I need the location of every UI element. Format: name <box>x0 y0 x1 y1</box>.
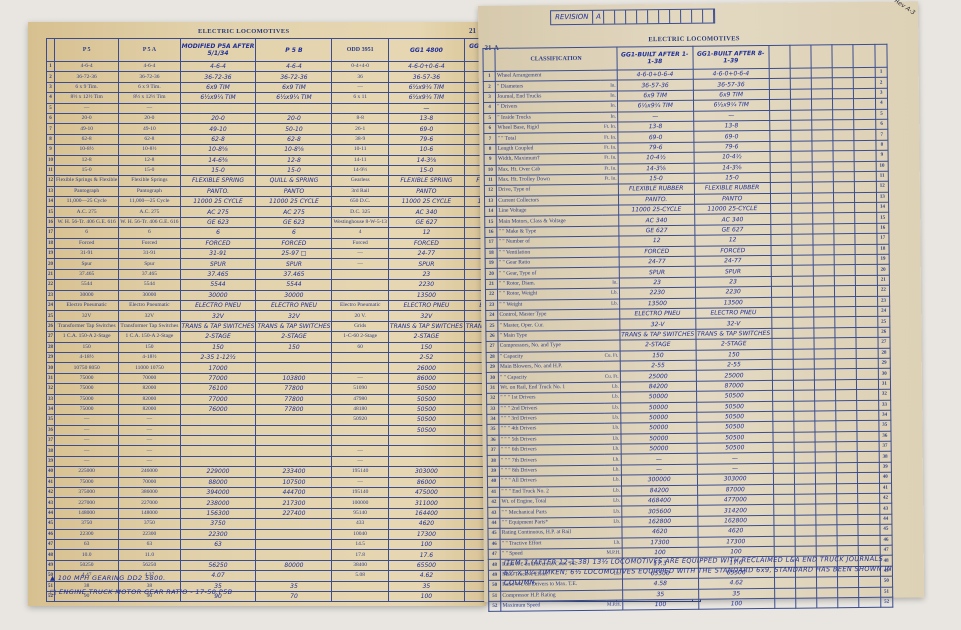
row-unit: In. <box>601 112 618 123</box>
cell: 82000 <box>119 404 180 414</box>
row-number: 15 <box>485 217 497 228</box>
row-number: 52 <box>489 601 501 612</box>
empty-cell <box>773 484 794 495</box>
cell: Pantograph <box>55 186 119 196</box>
cell: 100 <box>388 591 464 601</box>
cell: 30000 <box>55 290 119 300</box>
cell: 69-0 <box>388 124 464 134</box>
cell <box>180 550 256 560</box>
empty-cell <box>834 203 855 214</box>
empty-cell <box>793 328 814 339</box>
cell: 6 <box>180 228 256 238</box>
empty-cell <box>772 401 793 412</box>
empty-cell <box>794 484 815 495</box>
cell: 11,000—25 Cycle <box>119 197 180 207</box>
empty-cell <box>833 140 854 151</box>
empty-cell <box>791 203 812 214</box>
empty-cell <box>795 588 816 599</box>
row-number: 51 <box>880 587 892 598</box>
empty-cell <box>832 68 853 79</box>
cell: 5544 <box>55 280 119 290</box>
cell: 14-6⅜ <box>180 155 256 165</box>
cell <box>256 425 332 435</box>
empty-cell <box>859 535 880 546</box>
cell: 11,000—25 Cycle <box>55 197 119 207</box>
cell: 156300 <box>180 508 256 518</box>
cell: 20-0 <box>55 113 119 123</box>
row-number: 12 <box>876 182 888 193</box>
cell: 227000 <box>55 498 119 508</box>
row-unit <box>603 340 620 351</box>
empty-cell <box>833 109 854 120</box>
row-number: 16 <box>485 227 497 238</box>
cell: 62-8 <box>256 134 332 144</box>
empty-cell <box>838 587 859 598</box>
empty-cell <box>857 431 878 442</box>
cell: 6x9 TIM <box>256 82 332 92</box>
empty-cell <box>857 410 878 421</box>
cell: 77000 <box>180 394 256 404</box>
row-number: 7 <box>47 124 55 134</box>
cell: — <box>332 456 388 466</box>
row-unit <box>602 216 619 227</box>
row-unit: Ft. In. <box>601 164 618 175</box>
cell: 13-8 <box>693 120 769 131</box>
row-number: 20 <box>877 265 889 276</box>
row-number: 31 <box>878 379 890 390</box>
cell <box>256 550 332 560</box>
cell: 10040 <box>332 529 388 539</box>
empty-cell <box>834 255 855 266</box>
row-unit: Lb. <box>604 382 621 393</box>
empty-cell <box>835 265 856 276</box>
row-number: 11 <box>876 171 888 182</box>
cell: — <box>332 82 388 92</box>
spec-table-right: CLASSIFICATIONGG1-BUILT AFTER 1-1-38GG1-… <box>482 44 893 613</box>
cell: SPUR <box>180 259 256 269</box>
row-number: 39 <box>487 466 499 477</box>
empty-cell <box>833 120 854 131</box>
empty-cell <box>774 588 795 599</box>
empty-column-header <box>832 45 853 68</box>
row-number: 15 <box>876 213 888 224</box>
empty-cell <box>835 296 856 307</box>
row-number: 31 <box>486 383 498 394</box>
cell: 11000 10750 <box>119 363 180 373</box>
row-number: 38 <box>879 452 891 463</box>
left-page: ELECTRIC LOCOMOTIVES 21 P 5P 5 AMODIFIED… <box>28 22 486 606</box>
cell: 150 <box>388 342 464 352</box>
cell: 65500 <box>388 560 464 570</box>
empty-cell <box>814 317 835 328</box>
row-unit: Lb. <box>605 465 622 476</box>
empty-cell <box>855 182 876 193</box>
cell: 70 <box>256 591 332 601</box>
row-number: 5 <box>484 113 496 124</box>
empty-cell <box>816 504 837 515</box>
empty-cell <box>771 266 792 277</box>
empty-cell <box>835 348 856 359</box>
row-number: 5 <box>875 109 887 120</box>
cell: 32-V <box>620 319 696 330</box>
row-unit: In. <box>601 80 618 91</box>
cell: — <box>119 446 180 456</box>
cell: 4.62 <box>388 571 464 581</box>
empty-cell <box>794 421 815 432</box>
row-number: 49 <box>47 560 55 570</box>
empty-cell <box>795 515 816 526</box>
cell: 15-0 <box>388 165 464 175</box>
row-number: 41 <box>488 487 500 498</box>
empty-cell <box>855 234 876 245</box>
empty-cell <box>794 463 815 474</box>
empty-cell <box>792 213 813 224</box>
row-unit: Lb. <box>605 506 622 517</box>
cell: 1-C-60 2-Stage <box>332 332 388 342</box>
empty-cell <box>774 515 795 526</box>
cell: 195140 <box>332 488 388 498</box>
cell: 6½x9¼ TIM <box>617 100 693 111</box>
row-number: 28 <box>47 342 55 352</box>
empty-cell <box>858 473 879 484</box>
cell: 13500 <box>388 290 464 300</box>
row-unit: Cu. Ft. <box>604 371 621 382</box>
cell: 103800 <box>256 373 332 383</box>
cell: Flexible Springs & Flexible <box>55 176 119 186</box>
cell <box>332 103 388 113</box>
row-number: 16 <box>876 223 888 234</box>
row-number: 30 <box>486 373 498 384</box>
cell: 195140 <box>332 467 388 477</box>
row-number: 20 <box>485 269 497 280</box>
cell: — <box>332 446 388 456</box>
empty-cell <box>812 172 833 183</box>
row-unit <box>602 247 619 258</box>
cell: 86000 <box>388 373 464 383</box>
cell <box>256 571 332 581</box>
row-number: 47 <box>47 539 55 549</box>
row-number: 24 <box>486 310 498 321</box>
empty-cell <box>771 297 792 308</box>
empty-cell <box>770 141 791 152</box>
empty-cell <box>772 359 793 370</box>
empty-cell <box>794 473 815 484</box>
row-number: 17 <box>47 228 55 238</box>
cell: 8-8 <box>332 113 388 123</box>
row-number: 15 <box>47 207 55 217</box>
cell <box>332 591 388 601</box>
empty-cell <box>813 255 834 266</box>
cell: 20-0 <box>180 113 256 123</box>
row-number: 13 <box>484 196 496 207</box>
empty-cell <box>773 494 794 505</box>
cell: 37.465 <box>256 269 332 279</box>
cell: 50920 <box>332 415 388 425</box>
row-number: 35 <box>879 420 891 431</box>
cell <box>256 529 332 539</box>
empty-cell <box>856 254 877 265</box>
cell: GE 627 <box>388 217 464 227</box>
row-number: 36 <box>487 435 499 446</box>
row-unit: Lb. <box>603 299 620 310</box>
row-unit <box>603 330 620 341</box>
empty-cell <box>855 150 876 161</box>
row-number: 14 <box>485 206 497 217</box>
row-number: 24 <box>47 300 55 310</box>
cell: — <box>55 425 119 435</box>
row-number: 22 <box>877 285 889 296</box>
empty-cell <box>815 473 836 484</box>
cell: 15-0 <box>256 165 332 175</box>
empty-cell <box>855 213 876 224</box>
empty-cell <box>773 442 794 453</box>
empty-cell <box>771 318 792 329</box>
cell: 50500 <box>388 415 464 425</box>
cell: 5544 <box>256 280 332 290</box>
cell: 36-57-36 <box>388 72 464 82</box>
cell: 246000 <box>119 467 180 477</box>
row-unit <box>603 319 620 330</box>
row-number: 45 <box>880 524 892 535</box>
empty-cell <box>790 78 811 89</box>
row-number: 10 <box>47 155 55 165</box>
cell <box>256 456 332 466</box>
cell: 650 D.C. <box>332 197 388 207</box>
cell: 60 <box>332 342 388 352</box>
cell: 12-8 <box>119 155 180 165</box>
cell: 8½ x 12½ Tim <box>55 93 119 103</box>
cell: 6½x9¼ TIM <box>388 93 464 103</box>
cell <box>388 436 464 446</box>
cell: 50500 <box>388 404 464 414</box>
cell: 75000 <box>55 477 119 487</box>
cell: 13500 <box>619 298 695 309</box>
empty-cell <box>772 411 793 422</box>
empty-cell <box>795 525 816 536</box>
empty-cell <box>774 536 795 547</box>
column-header: P 5 <box>55 39 119 62</box>
cell: 49-10 <box>119 124 180 134</box>
row-number: 48 <box>47 550 55 560</box>
row-number: 34 <box>47 404 55 414</box>
empty-cell <box>814 328 835 339</box>
footnote-2: □ ENGINE TRUCK MOTOR GEAR RATIO - 17-50 … <box>50 588 232 596</box>
empty-cell <box>769 110 790 121</box>
cell: 50-10 <box>256 124 332 134</box>
cell: 22300 <box>55 529 119 539</box>
empty-cell <box>855 202 876 213</box>
cell: 11000 25 CYCLE <box>388 197 464 207</box>
column-header: MODIFIED P5A AFTER 5/1/34 <box>180 39 256 62</box>
row-unit: Lb. <box>604 434 621 445</box>
empty-cell <box>773 421 794 432</box>
empty-cell <box>791 120 812 131</box>
row-number: 37 <box>879 441 891 452</box>
row-number: 51 <box>489 591 501 602</box>
empty-cell <box>836 442 857 453</box>
cell: 50500 <box>696 411 772 422</box>
empty-cell <box>815 431 836 442</box>
cell: — <box>55 436 119 446</box>
page-number: 21 <box>469 27 476 35</box>
row-number: 43 <box>879 504 891 515</box>
empty-cell <box>770 203 791 214</box>
empty-cell <box>811 78 832 89</box>
empty-cell <box>837 525 858 536</box>
row-number: 31 <box>47 373 55 383</box>
row-unit <box>602 236 619 247</box>
empty-cell <box>792 265 813 276</box>
empty-cell <box>834 192 855 203</box>
cell: 13-8 <box>388 113 464 123</box>
cell: 4.07 <box>180 571 256 581</box>
cell: 32V <box>388 311 464 321</box>
cell: 14-3⅝ <box>388 155 464 165</box>
cell: 100 <box>698 598 774 609</box>
empty-cell <box>795 536 816 547</box>
cell: Electro Pneumatic <box>119 300 180 310</box>
cell: 14-9½ <box>332 165 388 175</box>
empty-cell <box>795 494 816 505</box>
row-unit: In. <box>601 91 618 102</box>
row-number: 38 <box>47 446 55 456</box>
row-number: 8 <box>876 140 888 151</box>
empty-cell <box>773 432 794 443</box>
empty-cell <box>795 504 816 515</box>
empty-cell <box>770 214 791 225</box>
cell: AC 275 <box>256 207 332 217</box>
cell: 50500 <box>388 425 464 435</box>
cell: 6½x9¼ TIM <box>180 93 256 103</box>
row-number: 21 <box>877 275 889 286</box>
cell <box>256 519 332 529</box>
cell <box>180 415 256 425</box>
empty-cell <box>794 400 815 411</box>
empty-cell <box>790 89 811 100</box>
empty-cell <box>773 473 794 484</box>
empty-cell <box>817 587 838 598</box>
empty-cell <box>812 151 833 162</box>
empty-cell <box>816 535 837 546</box>
empty-cell <box>856 306 877 317</box>
empty-cell <box>857 421 878 432</box>
cell: 15-0 <box>180 165 256 175</box>
cell: 5.08 <box>332 571 388 581</box>
cell: Westinghouse 8-W-5-13 <box>332 217 388 227</box>
cell: — <box>119 103 180 113</box>
empty-cell <box>769 79 790 90</box>
empty-cell <box>814 338 835 349</box>
row-number: 43 <box>488 508 500 519</box>
empty-cell <box>812 161 833 172</box>
empty-cell <box>856 327 877 338</box>
cell: 49-10 <box>180 124 256 134</box>
row-number: 40 <box>487 477 499 488</box>
cell: 2-STAGE <box>180 332 256 342</box>
footnote: ITEM-3 (AFTER 12-1-38) 13½ LOCOMOTIVES A… <box>504 554 894 588</box>
cell: 10-8⅝ <box>256 145 332 155</box>
row-number: 9 <box>876 150 888 161</box>
empty-cell <box>769 120 790 131</box>
empty-cell <box>772 370 793 381</box>
cell: 32V <box>55 311 119 321</box>
cell: 30000 <box>256 290 332 300</box>
empty-cell <box>856 265 877 276</box>
cell: — <box>119 415 180 425</box>
row-number: 13 <box>47 186 55 196</box>
empty-cell <box>837 473 858 484</box>
footnote-1: ▲ 100 MPH GEARING DD2 5800. <box>50 574 166 582</box>
cell: 79-6 <box>388 134 464 144</box>
empty-cell <box>794 411 815 422</box>
empty-cell <box>837 535 858 546</box>
empty-cell <box>836 400 857 411</box>
cell: 150 <box>180 342 256 352</box>
cell: 2230 <box>388 280 464 290</box>
row-number: 12 <box>47 176 55 186</box>
cell: 63 <box>119 539 180 549</box>
row-number: 26 <box>486 331 498 342</box>
empty-cell <box>772 338 793 349</box>
empty-cell <box>792 224 813 235</box>
row-number: 3 <box>483 92 495 103</box>
cell <box>180 425 256 435</box>
cell: 36-72-36 <box>119 72 180 82</box>
row-number: 22 <box>47 280 55 290</box>
cell <box>332 436 388 446</box>
cell: 56250 <box>119 560 180 570</box>
cell: 17.8 <box>332 550 388 560</box>
cell: 3750 <box>119 519 180 529</box>
cell <box>180 103 256 113</box>
empty-cell <box>792 297 813 308</box>
cell: — <box>332 477 388 487</box>
cell: 76000 <box>180 404 256 414</box>
empty-cell <box>817 598 838 609</box>
empty-cell <box>811 68 832 79</box>
cell: 87000 <box>696 380 772 391</box>
row-number: 23 <box>486 300 498 311</box>
row-number: 35 <box>47 415 55 425</box>
row-unit <box>602 195 619 206</box>
row-unit: Lb. <box>604 392 621 403</box>
row-unit: Lb. <box>604 454 621 465</box>
row-unit: M.P.H. <box>606 600 623 611</box>
empty-cell <box>813 203 834 214</box>
cell <box>332 269 388 279</box>
empty-cell <box>793 359 814 370</box>
cell: — <box>119 436 180 446</box>
empty-cell <box>794 452 815 463</box>
cell: A.C. 275 <box>119 207 180 217</box>
empty-cell <box>771 234 792 245</box>
empty-cell <box>771 245 792 256</box>
row-unit: Lb. <box>605 496 622 507</box>
empty-cell <box>773 463 794 474</box>
cell <box>332 290 388 300</box>
cell: 6x9 TIM <box>617 90 693 101</box>
cell: 107500 <box>256 477 332 487</box>
empty-cell <box>793 390 814 401</box>
cell <box>332 363 388 373</box>
row-number: 29 <box>486 362 498 373</box>
row-number: 6 <box>875 119 887 130</box>
empty-cell <box>816 525 837 536</box>
row-number: 27 <box>47 332 55 342</box>
row-number: 33 <box>878 400 890 411</box>
cell: 233400 <box>256 467 332 477</box>
empty-cell <box>854 130 875 141</box>
